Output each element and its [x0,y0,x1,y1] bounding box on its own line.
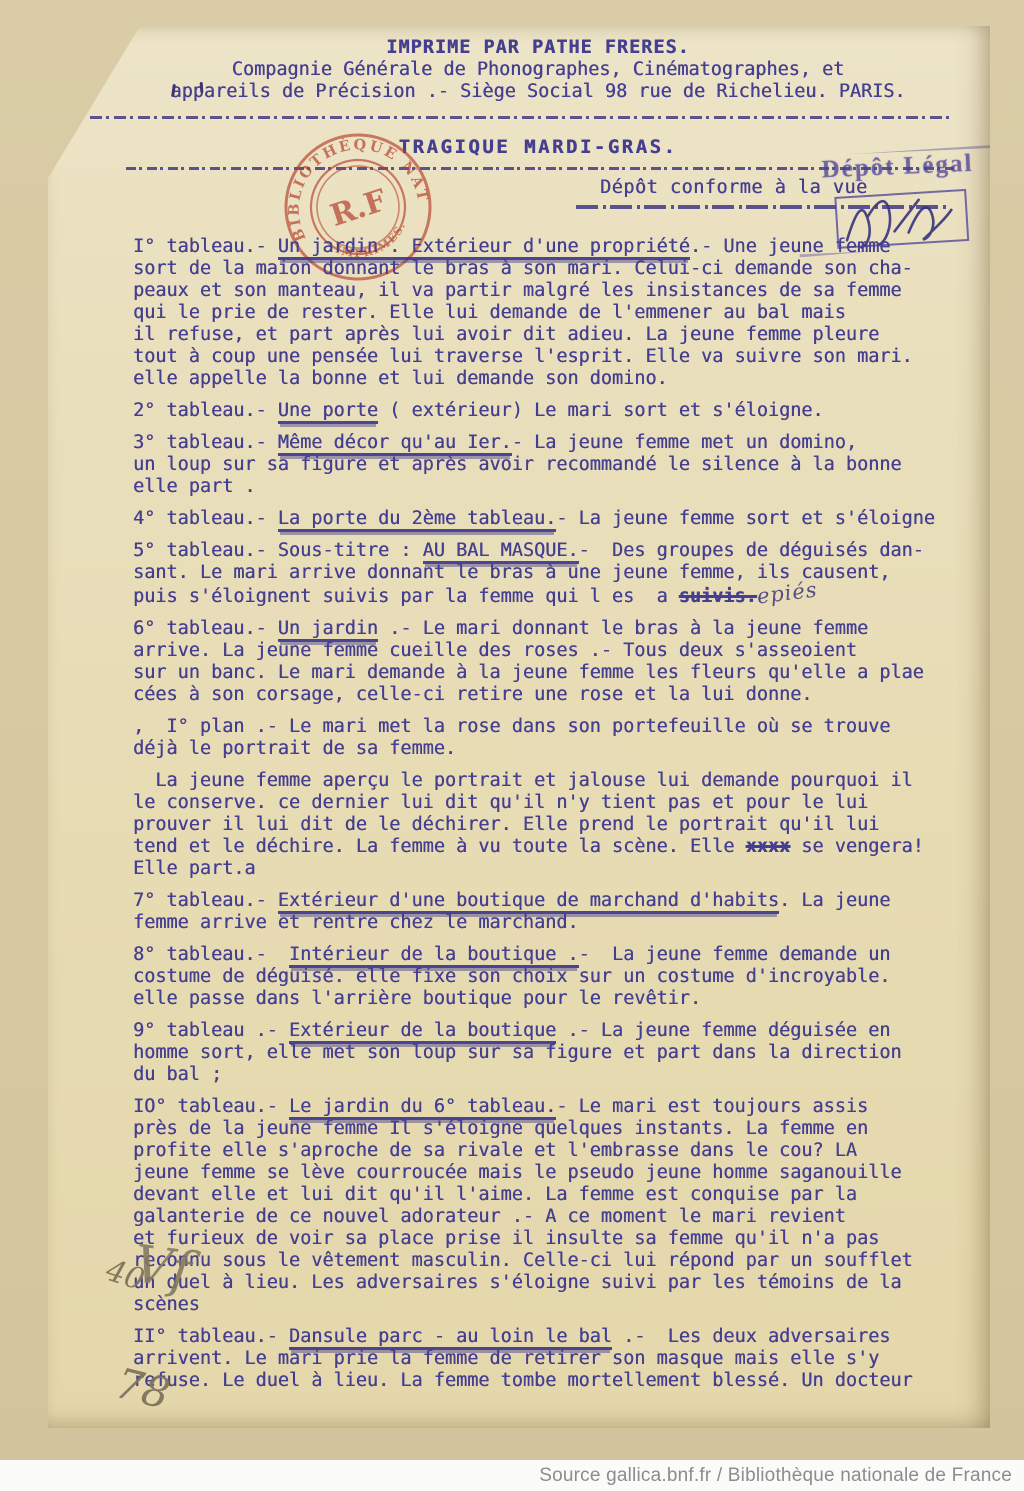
stamp-rf-monogram: R.F [326,183,391,234]
typed-paragraph: II° tableau.- Dansule parc - au loin le … [133,1326,1005,1392]
scanned-document-page: { "header": { "line1": "IMPRIME PAR PATH… [0,0,1024,1491]
typed-paragraph: 5° tableau.- Sous-titre : AU BAL MASQUE.… [133,540,1005,608]
typed-text: I° tableau.- [133,236,278,257]
printer-header: IMPRIME PAR PATHE FRERES. Compagnie Géné… [103,37,973,103]
typed-text: 7° tableau.- [133,890,278,911]
scene-title-underlined: Intérieur de la boutique . [289,944,579,968]
struck-word: xxxx [746,836,791,857]
typed-paragraph: 7° tableau.- Extérieur d'une boutique de… [133,890,1005,934]
typed-text: II° tableau.- [133,1326,289,1347]
scene-title-underlined: Extérieur d'une boutique de marchand d'h… [278,890,779,914]
scene-title-underlined: Même décor qu'au Ier. [278,432,512,456]
typed-text: , I° plan .- Le mari met la rose dans so… [133,716,890,759]
typed-text: 2° tableau.- [133,400,278,421]
typed-text: .- Une jeune femme sort de la maion donn… [133,236,913,389]
struck-word: suivis. [679,586,757,607]
typed-text: ( extérieur) Le mari sort et s'éloigne. [378,400,824,421]
typed-paragraph: 9° tableau .- Extérieur de la boutique .… [133,1020,1005,1086]
typed-text: IO° tableau.- [133,1096,289,1117]
scene-title-underlined: AU BAL MASQUE. [423,540,579,564]
typed-paragraph: 4° tableau.- La porte du 2ème tableau.- … [133,508,1005,530]
dashed-divider-top [90,116,950,119]
typed-text: - Le mari est toujours assis près de la … [133,1096,913,1315]
typed-text: 3° tableau.- [133,432,278,453]
typed-paragraph: I° tableau.- Un jardin . Extérieur d'une… [133,236,1005,390]
typed-paragraph: , I° plan .- Le mari met la rose dans so… [133,716,1005,760]
typed-paragraph: La jeune femme aperçu le portrait et jal… [133,770,1005,880]
scene-title-underlined: Une porte [278,400,378,424]
scenario-text: I° tableau.- Un jardin . Extérieur d'une… [133,236,1005,1402]
typed-paragraph: 3° tableau.- Même décor qu'au Ier.- La j… [133,432,1005,498]
source-credit: Source gallica.bnf.fr / Bibliothèque nat… [539,1465,1024,1487]
typed-paragraph: 8° tableau.- Intérieur de la boutique .-… [133,944,1005,1010]
scene-title-underlined: La porte du 2ème tableau. [278,508,556,532]
typed-paragraph: IO° tableau.- Le jardin du 6° tableau.- … [133,1096,1005,1316]
typed-text: 6° tableau.- [133,618,278,639]
handwritten-correction: epiés [755,578,818,607]
margin-note-pencil: Vf [130,1234,195,1301]
typed-text: 5° tableau.- Sous-titre : [133,540,423,561]
paper-sheet: IMPRIME PAR PATHE FRERES. Compagnie Géné… [48,26,990,1428]
scene-title-underlined: Un jardin [278,618,378,642]
typed-paragraph: 2° tableau.- Une porte ( extérieur) Le m… [133,400,1005,422]
typed-text: 9° tableau .- [133,1020,289,1041]
company-line: Compagnie Générale de Phonographes, Ciné… [232,59,845,80]
gallica-source-bar: Source gallica.bnf.fr / Bibliothèque nat… [0,1460,1024,1491]
typed-text: 4° tableau.- [133,508,278,529]
printer-name: IMPRIME PAR PATHE FRERES. [386,37,689,58]
scene-title-underlined: Un jardin . Extérieur d'une propriété [278,236,690,260]
address-line: appareils de Précision .- Siège Social 9… [170,81,905,102]
typed-text: 8° tableau.- [133,944,289,965]
scene-title-underlined: Dansule parc - au loin le bal [289,1326,612,1350]
scene-title-underlined: Le jardin du 6° tableau. [289,1096,556,1120]
scene-title-underlined: Extérieur de la boutique [289,1020,556,1044]
typed-text: - La jeune femme sort et s'éloigne [556,508,935,529]
typed-paragraph: 6° tableau.- Un jardin .- Le mari donnan… [133,618,1005,706]
